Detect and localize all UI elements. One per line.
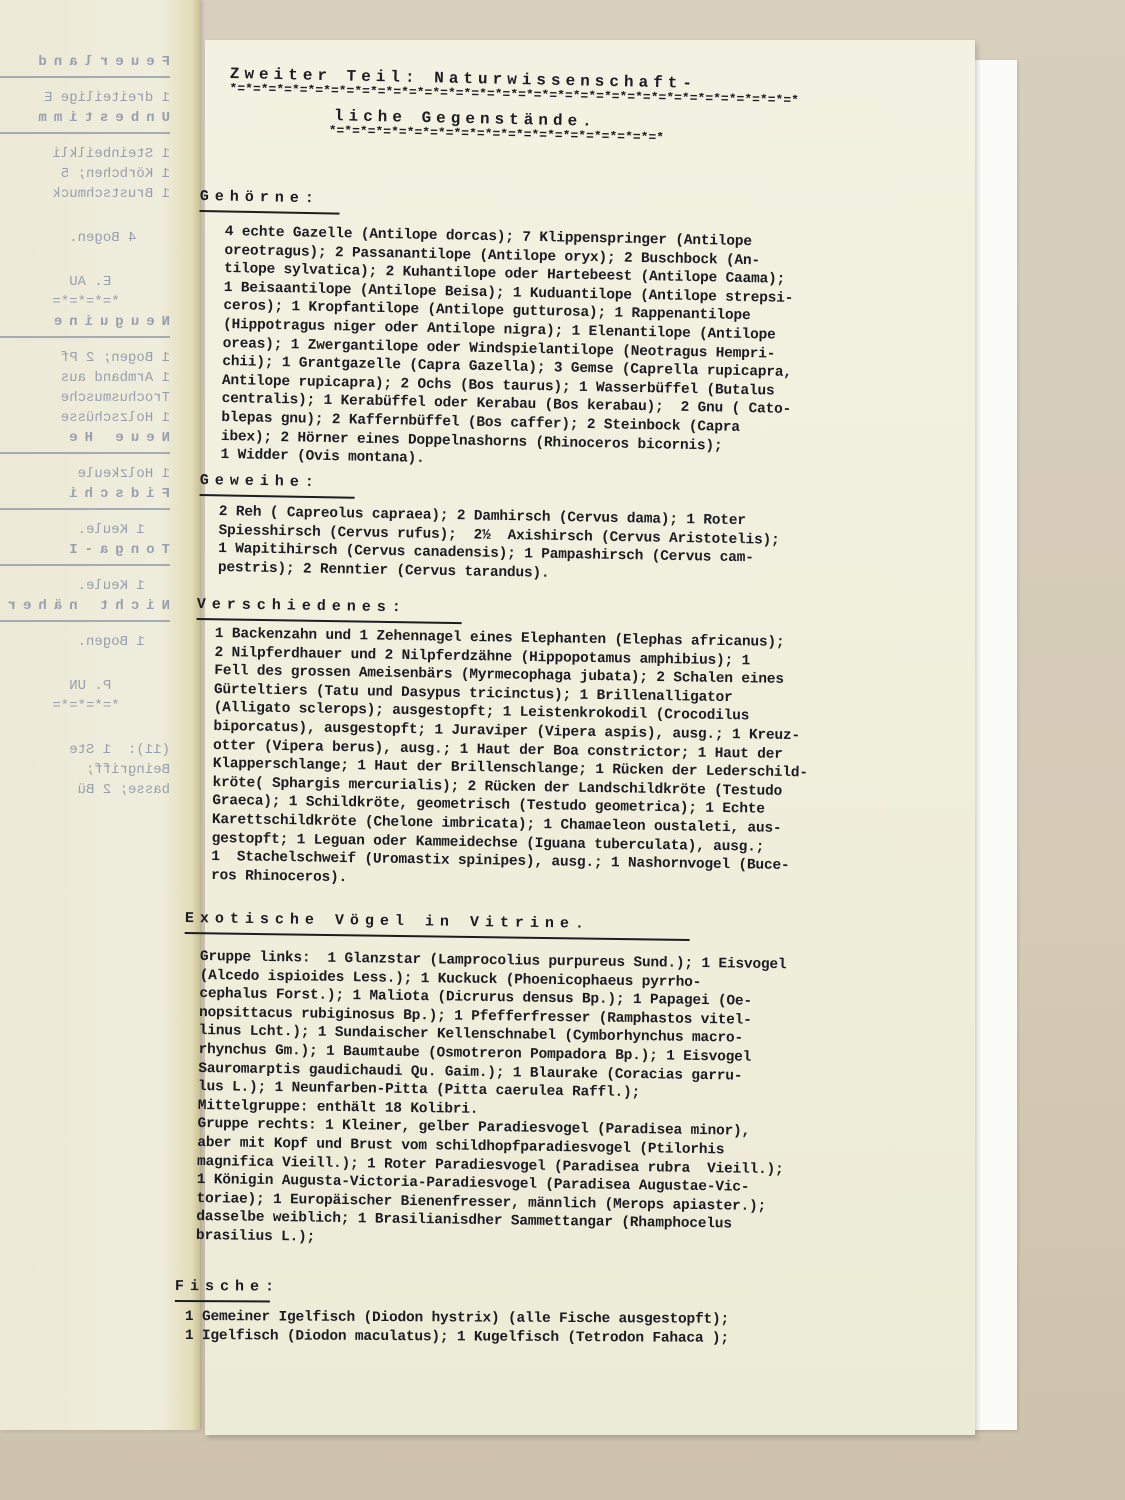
left-page-line: (11): 1 Ste — [0, 740, 170, 760]
left-page-line: 1 Keule. — [0, 576, 170, 596]
spacer — [0, 652, 170, 676]
text-line: 1 Igelfisch (Diodon maculatus); 1 Kugelf… — [185, 1327, 729, 1348]
section-heading: Geweihe: — [200, 472, 355, 499]
section-body: 1 Backenzahn und 1 Zehennagel eines Elep… — [211, 625, 810, 895]
section-heading: Exotische Vögel in Vitrine. — [185, 910, 690, 941]
left-page-heading: Tonga-I — [0, 540, 170, 566]
section-body: Gruppe links: 1 Glanzstar (Lamprocolius … — [196, 948, 787, 1254]
left-page-line: *=*=*=*= — [0, 292, 170, 312]
left-page-heading: Neue He — [0, 428, 170, 454]
left-page-line: *=*=*=*= — [0, 696, 170, 716]
section-heading: Gehörne: — [200, 188, 340, 215]
left-page-line: Beingriff; — [0, 760, 170, 780]
left-page-heading: Fidschi — [0, 484, 170, 510]
left-page-line: E. AU — [0, 272, 170, 292]
left-page-heading: Unbestimm — [0, 108, 170, 134]
left-page-line: 1 Bogen. — [0, 632, 170, 652]
left-page-line: 1 Holzkeule — [0, 464, 170, 484]
heading-underline — [185, 932, 690, 941]
heading-underline — [197, 618, 462, 624]
left-page-line: 1 Körbchen; 5 — [0, 164, 170, 184]
left-page-line: 1 Armband aus — [0, 368, 170, 388]
left-page-line: 1 Holzschüsse — [0, 408, 170, 428]
left-page-line: 1 Brustschmuck — [0, 184, 170, 204]
section-body: 2 Reh ( Capreolus capraea); 2 Damhirsch … — [218, 503, 780, 587]
spacer — [0, 204, 170, 228]
left-page-heading: Nicht näher b — [0, 596, 170, 622]
section-heading: Verschiedenes: — [197, 596, 462, 624]
page-title: Zweiter Teil: Naturwissenschaft- *=*=*=*… — [229, 65, 870, 148]
heading-underline — [200, 210, 340, 215]
underlying-sheet-edge — [975, 60, 1017, 1430]
document-page: Zweiter Teil: Naturwissenschaft- *=*=*=*… — [205, 40, 975, 1435]
text-line: 1 Gemeiner Igelfisch (Diodon hystrix) (a… — [185, 1308, 729, 1329]
left-facing-page: Feuerland1 dreiteilige EUnbestimm1 Stein… — [0, 0, 200, 1430]
left-page-line: 1 dreiteilige E — [0, 88, 170, 108]
spacer — [0, 248, 170, 272]
left-page-line: 1 Bogen; 2 Pf — [0, 348, 170, 368]
heading-underline — [200, 494, 355, 499]
mirrored-bleedthrough-text: Feuerland1 dreiteilige EUnbestimm1 Stein… — [0, 52, 170, 800]
left-page-line: basse; 2 Bü — [0, 780, 170, 800]
left-page-line: 1 Steinbeilkli — [0, 144, 170, 164]
left-page-line: Trochusmusche — [0, 388, 170, 408]
left-page-line: 1 Keule. — [0, 520, 170, 540]
section-body: 4 echte Gazelle (Antilope dorcas); 7 Kli… — [220, 223, 794, 476]
left-page-heading: Feuerland — [0, 52, 170, 78]
spacer — [0, 716, 170, 740]
section-body: 1 Gemeiner Igelfisch (Diodon hystrix) (a… — [185, 1308, 729, 1348]
left-page-line: 4 Bogen. — [0, 228, 170, 248]
section-heading: Fische: — [175, 1278, 280, 1303]
left-page-line: P. UN — [0, 676, 170, 696]
left-page-heading: Neuguine — [0, 312, 170, 338]
